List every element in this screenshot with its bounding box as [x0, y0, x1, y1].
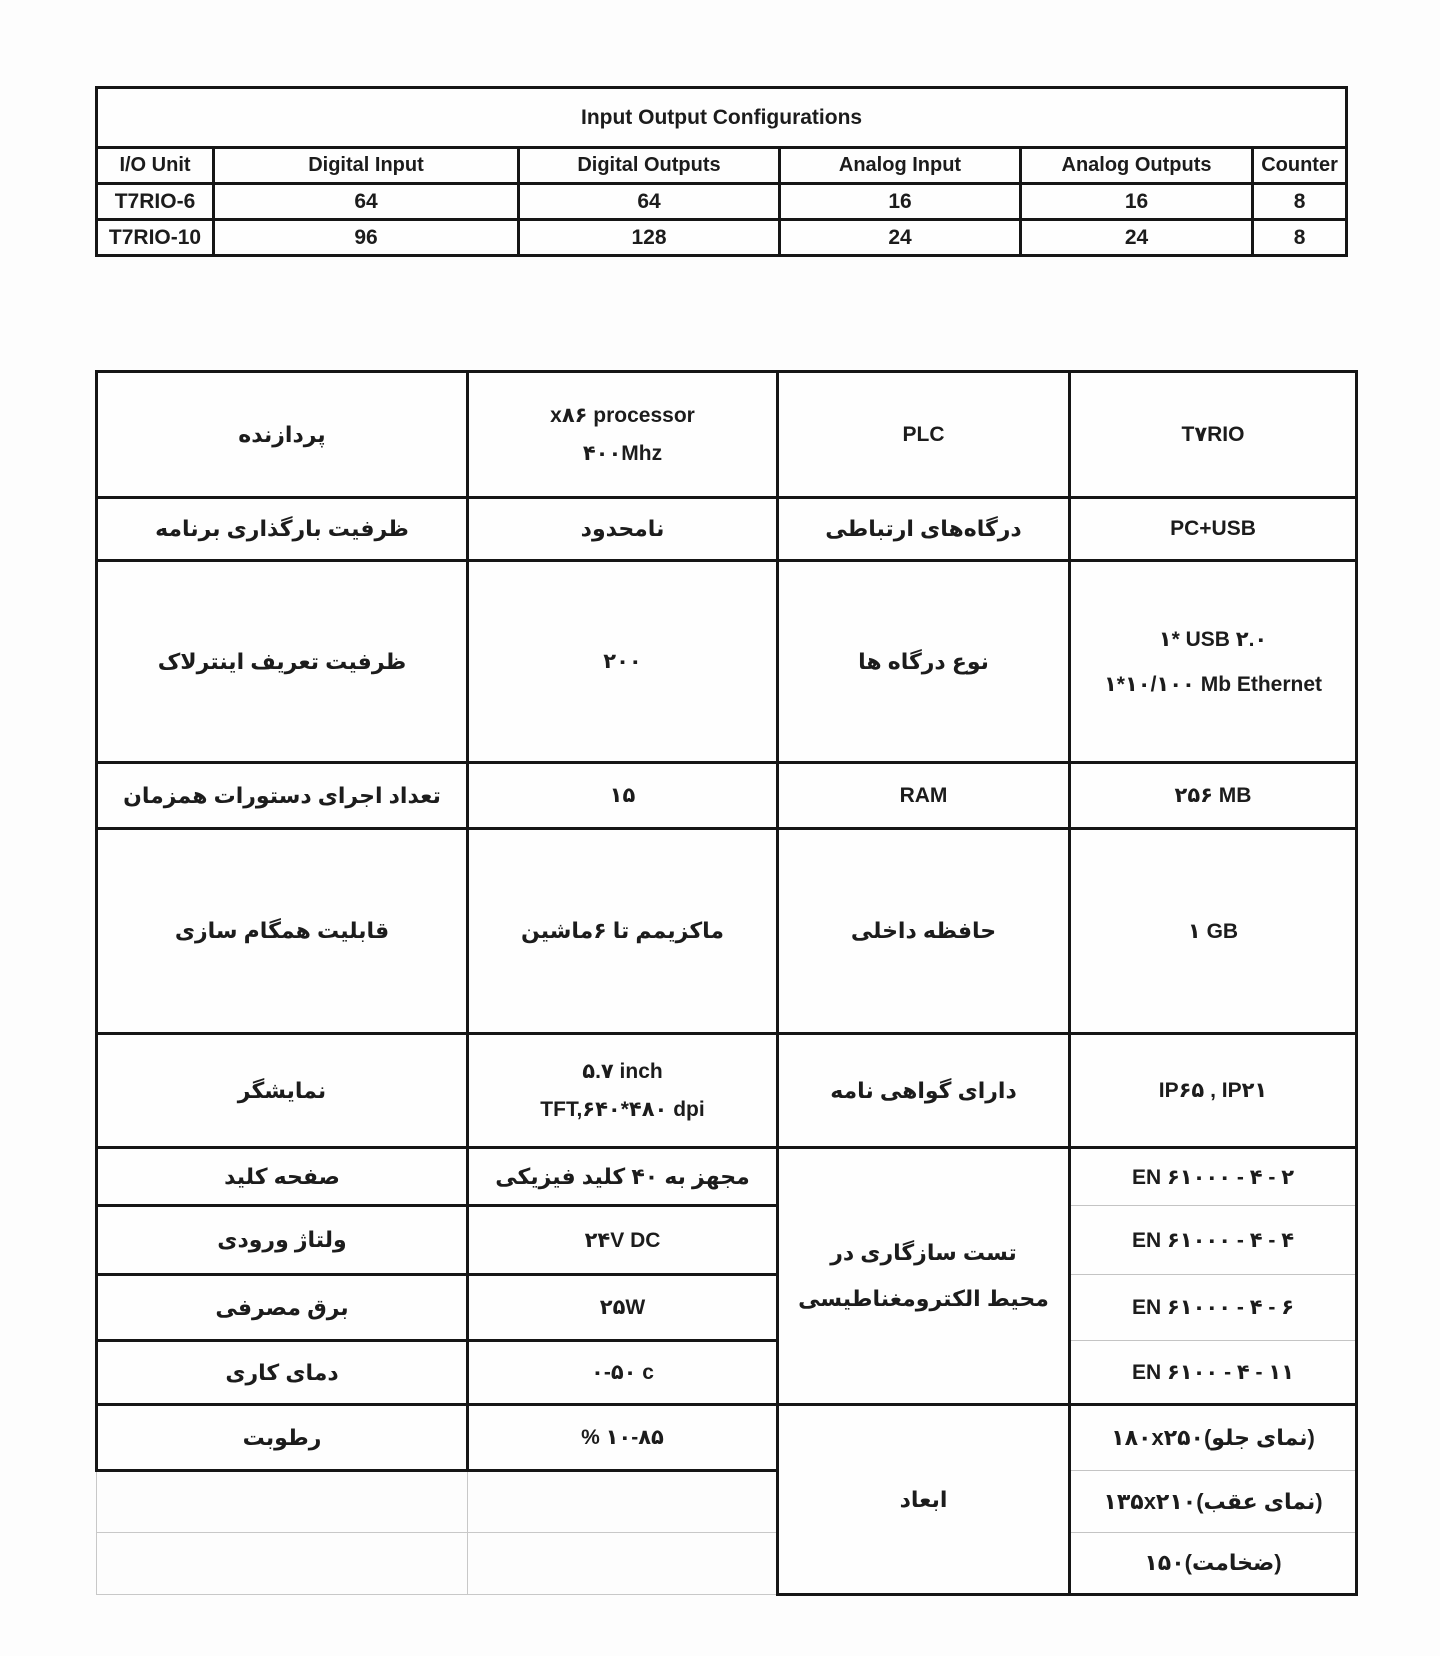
spec-value-port-types: ۱* USB ۲.۰ ۱*۱۰/۱۰۰ Mb Ethernet — [1070, 561, 1357, 763]
io-row-t7rio6: T7RIO-6 64 64 16 16 8 — [97, 184, 1347, 220]
io-cell: 8 — [1253, 220, 1347, 256]
emc-test-line2: محیط الکترومغناطیسی — [785, 1286, 1062, 1312]
io-cell: 24 — [1021, 220, 1253, 256]
spec-label-program-capacity: ظرفیت بارگذاری برنامه — [97, 498, 468, 561]
spec-empty-cell — [468, 1533, 778, 1595]
spec-value-internal-memory: ۱ GB — [1070, 829, 1357, 1034]
spec-label-plc: PLC — [778, 372, 1070, 498]
spec-row-voltage: ولتاژ ورودی ۲۴V DC EN ۶۱۰۰۰ - ۴ - ۴ — [97, 1206, 1357, 1275]
io-unit-name: T7RIO-6 — [97, 184, 214, 220]
io-header-unit: I/O Unit — [97, 148, 214, 184]
spec-label-comm-ports: درگاه‌های ارتباطی — [778, 498, 1070, 561]
io-unit-name: T7RIO-10 — [97, 220, 214, 256]
io-header-digital-input: Digital Input — [214, 148, 519, 184]
spec-label-ram: RAM — [778, 763, 1070, 829]
spec-label-internal-memory: حافظه داخلی — [778, 829, 1070, 1034]
io-header-analog-outputs: Analog Outputs — [1021, 148, 1253, 184]
spec-value-interlock: ۲۰۰ — [468, 561, 778, 763]
spec-value-temperature: ۰-۵۰ c — [468, 1341, 778, 1405]
spec-value-dimension-front: (نمای جلو)۱۸۰x۲۵۰ — [1070, 1405, 1357, 1471]
spec-value-humidity: % ۱۰-۸۵ — [468, 1405, 778, 1471]
spec-row-power: برق مصرفی ۲۵W EN ۶۱۰۰۰ - ۴ - ۶ — [97, 1275, 1357, 1341]
port-type-ethernet: ۱*۱۰/۱۰۰ Mb Ethernet — [1077, 672, 1349, 697]
spec-value-voltage: ۲۴V DC — [468, 1206, 778, 1275]
io-header-counter: Counter — [1253, 148, 1347, 184]
spec-value-display: ۵.۷ inch TFT,۶۴۰*۴۸۰ dpi — [468, 1034, 778, 1148]
spec-row-simultaneous: تعداد اجرای دستورات همزمان ۱۵ RAM ۲۵۶ MB — [97, 763, 1357, 829]
spec-row-keypad: صفحه کلید مجهز به ۴۰ کلید فیزیکی تست ساز… — [97, 1148, 1357, 1206]
spec-value-simultaneous: ۱۵ — [468, 763, 778, 829]
spec-row-program-capacity: ظرفیت بارگذاری برنامه نامحدود درگاه‌های … — [97, 498, 1357, 561]
io-cell: 24 — [780, 220, 1021, 256]
spec-label-sync: قابلیت همگام سازی — [97, 829, 468, 1034]
spec-row-temperature: دمای کاری ۰-۵۰ c EN ۶۱۰۰ - ۴ - ۱۱ — [97, 1341, 1357, 1405]
display-size: ۵.۷ inch — [475, 1059, 770, 1084]
display-resolution: TFT,۶۴۰*۴۸۰ dpi — [475, 1097, 770, 1122]
spec-row-empty-1: (نمای عقب)۱۳۵x۲۱۰ — [97, 1471, 1357, 1533]
spec-label-dimensions: ابعاد — [778, 1405, 1070, 1595]
io-cell: 64 — [214, 184, 519, 220]
spec-table: پردازنده x۸۶ processor ۴۰۰Mhz PLC T۷RIO … — [95, 370, 1358, 1596]
spec-value-comm-ports: PC+USB — [1070, 498, 1357, 561]
spec-row-humidity: رطوبت % ۱۰-۸۵ ابعاد (نمای جلو)۱۸۰x۲۵۰ — [97, 1405, 1357, 1471]
spec-value-en-standard-3: EN ۶۱۰۰۰ - ۴ - ۶ — [1070, 1275, 1357, 1341]
io-cell: 128 — [519, 220, 780, 256]
spec-value-ram: ۲۵۶ MB — [1070, 763, 1357, 829]
io-config-table: Input Output Configurations I/O Unit Dig… — [95, 86, 1348, 257]
spec-label-temperature: دمای کاری — [97, 1341, 468, 1405]
spec-row-empty-2: (ضخامت)۱۵۰ — [97, 1533, 1357, 1595]
spec-value-en-standard-4: EN ۶۱۰۰ - ۴ - ۱۱ — [1070, 1341, 1357, 1405]
spec-row-display: نمایشگر ۵.۷ inch TFT,۶۴۰*۴۸۰ dpi دارای گ… — [97, 1034, 1357, 1148]
spec-label-keypad: صفحه کلید — [97, 1148, 468, 1206]
io-cell: 64 — [519, 184, 780, 220]
spec-empty-cell — [97, 1471, 468, 1533]
datasheet-page: Input Output Configurations I/O Unit Dig… — [0, 0, 1440, 1656]
spec-value-sync: ماکزیمم تا ۶ماشین — [468, 829, 778, 1034]
spec-value-dimension-back: (نمای عقب)۱۳۵x۲۱۰ — [1070, 1471, 1357, 1533]
io-header-analog-input: Analog Input — [780, 148, 1021, 184]
port-type-usb: ۱* USB ۲.۰ — [1077, 627, 1349, 652]
io-cell: 16 — [780, 184, 1021, 220]
io-cell: 16 — [1021, 184, 1253, 220]
processor-line1: x۸۶ processor — [475, 403, 770, 428]
io-header-digital-outputs: Digital Outputs — [519, 148, 780, 184]
spec-label-interlock: ظرفیت تعریف اینترلاک — [97, 561, 468, 763]
spec-row-sync: قابلیت همگام سازی ماکزیمم تا ۶ماشین حافظ… — [97, 829, 1357, 1034]
spec-label-humidity: رطوبت — [97, 1405, 468, 1471]
spec-value-plc-model: T۷RIO — [1070, 372, 1357, 498]
processor-line2: ۴۰۰Mhz — [475, 441, 770, 466]
spec-label-simultaneous: تعداد اجرای دستورات همزمان — [97, 763, 468, 829]
spec-empty-cell — [468, 1471, 778, 1533]
spec-value-en-standard-1: EN ۶۱۰۰۰ - ۴ - ۲ — [1070, 1148, 1357, 1206]
spec-value-certificates: IP۶۵ , IP۲۱ — [1070, 1034, 1357, 1148]
spec-label-voltage: ولتاژ ورودی — [97, 1206, 468, 1275]
spec-label-certificates: دارای گواهی نامه — [778, 1034, 1070, 1148]
spec-row-processor: پردازنده x۸۶ processor ۴۰۰Mhz PLC T۷RIO — [97, 372, 1357, 498]
io-cell: 8 — [1253, 184, 1347, 220]
io-row-t7rio10: T7RIO-10 96 128 24 24 8 — [97, 220, 1347, 256]
emc-test-line1: تست سازگاری در — [785, 1240, 1062, 1266]
spec-value-power: ۲۵W — [468, 1275, 778, 1341]
io-table-title: Input Output Configurations — [97, 88, 1347, 148]
io-cell: 96 — [214, 220, 519, 256]
io-header-row: I/O Unit Digital Input Digital Outputs A… — [97, 148, 1347, 184]
io-title-row: Input Output Configurations — [97, 88, 1347, 148]
spec-value-keypad: مجهز به ۴۰ کلید فیزیکی — [468, 1148, 778, 1206]
spec-label-processor: پردازنده — [97, 372, 468, 498]
spec-row-interlock: ظرفیت تعریف اینترلاک ۲۰۰ نوع درگاه ها ۱*… — [97, 561, 1357, 763]
spec-label-emc-test: تست سازگاری در محیط الکترومغناطیسی — [778, 1148, 1070, 1405]
spec-label-power: برق مصرفی — [97, 1275, 468, 1341]
spec-value-program-capacity: نامحدود — [468, 498, 778, 561]
spec-value-dimension-thickness: (ضخامت)۱۵۰ — [1070, 1533, 1357, 1595]
spec-empty-cell — [97, 1533, 468, 1595]
spec-value-en-standard-2: EN ۶۱۰۰۰ - ۴ - ۴ — [1070, 1206, 1357, 1275]
spec-value-processor: x۸۶ processor ۴۰۰Mhz — [468, 372, 778, 498]
spec-label-display: نمایشگر — [97, 1034, 468, 1148]
spec-label-port-types: نوع درگاه ها — [778, 561, 1070, 763]
